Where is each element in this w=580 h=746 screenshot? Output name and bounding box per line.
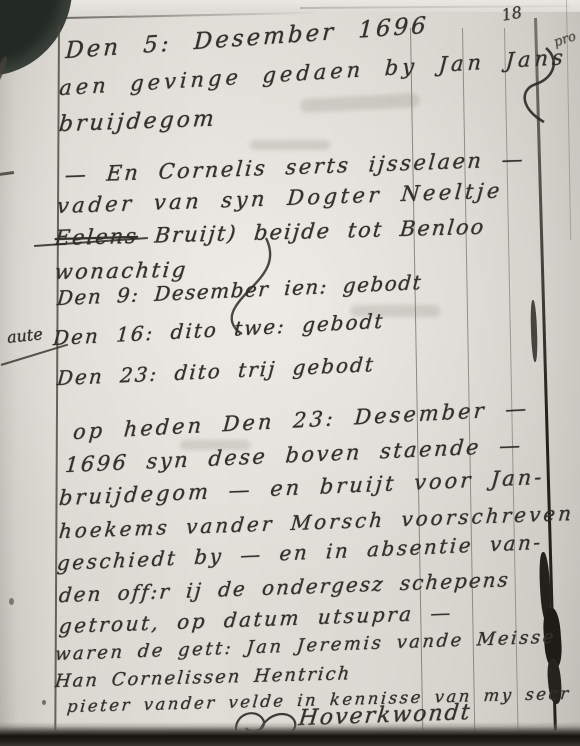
manuscript-line: wonachtig bbox=[53, 258, 189, 284]
ghost-smudge bbox=[250, 140, 330, 150]
left-edge-dot bbox=[9, 598, 14, 605]
manuscript-line: Den 16: dito twe: gebodt bbox=[52, 309, 385, 350]
ghost-smudge bbox=[300, 93, 421, 113]
manuscript-page: 18 pro aute Den 5: Desember 1696 aen gev… bbox=[0, 0, 580, 746]
line-rest: Bruijt) beijde tot Benloo bbox=[137, 215, 487, 248]
bottom-edge-band bbox=[0, 722, 580, 746]
struck-word: Eelens bbox=[54, 224, 139, 250]
manuscript-line: Han Cornelissen Hentrich bbox=[54, 663, 352, 692]
ink-blob bbox=[530, 300, 538, 362]
bracket-flourish bbox=[502, 44, 560, 130]
manuscript-line: bruijdegom bbox=[58, 106, 218, 137]
ink-dot bbox=[42, 700, 46, 705]
page-number: 18 bbox=[500, 2, 523, 24]
left-edge-dash bbox=[0, 171, 14, 176]
manuscript-line: Den 23: dito trij gebodt bbox=[56, 352, 376, 390]
margin-note-aute: aute bbox=[6, 324, 44, 347]
